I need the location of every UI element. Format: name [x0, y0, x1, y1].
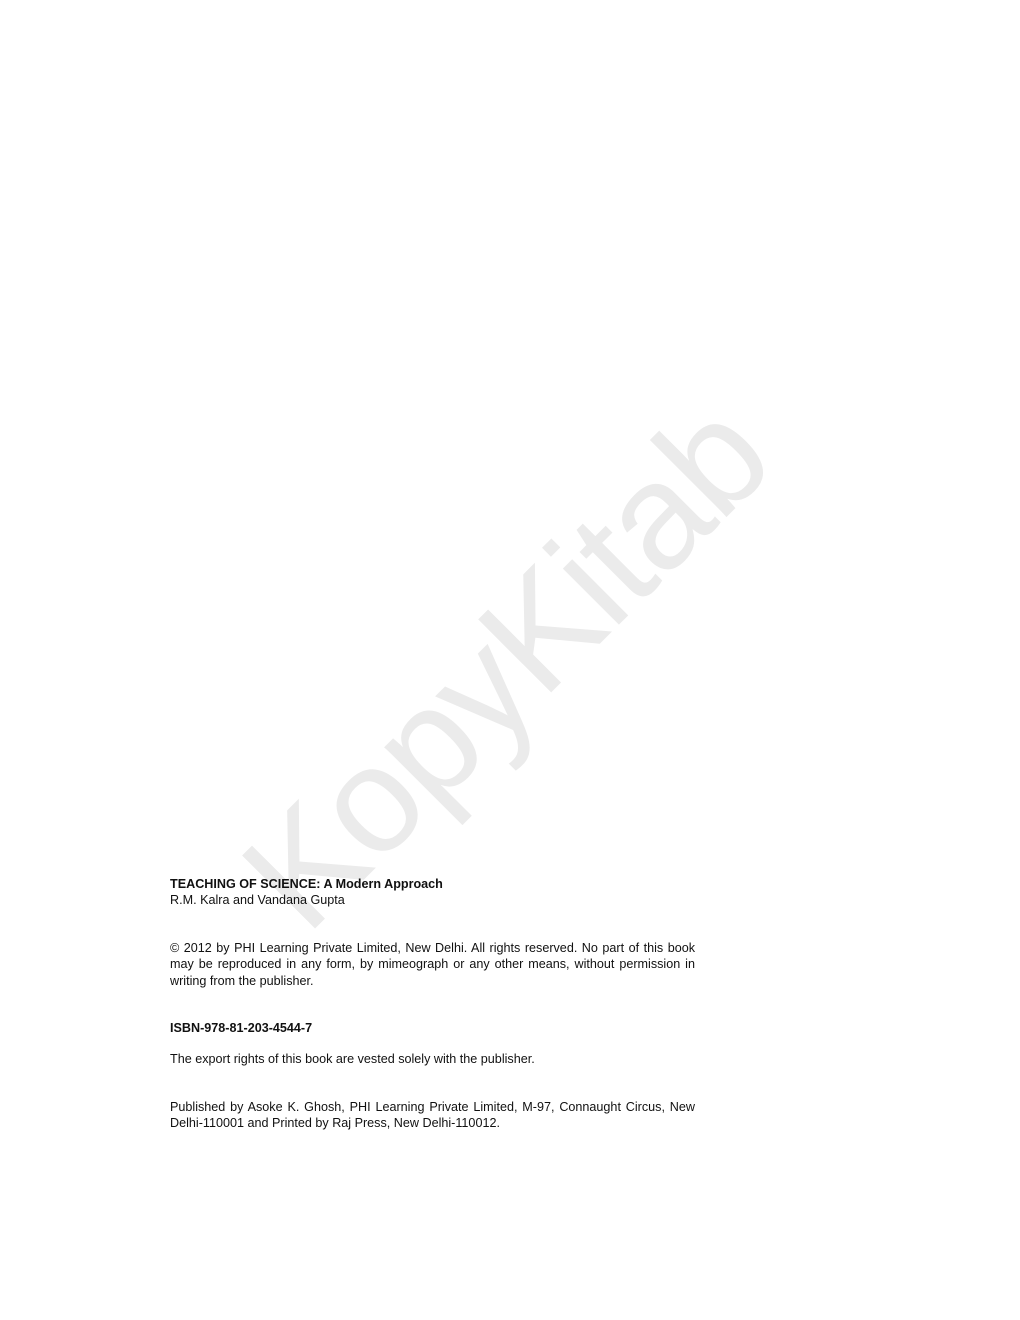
book-authors: R.M. Kalra and Vandana Gupta [170, 892, 695, 908]
copyright-notice: © 2012 by PHI Learning Private Limited, … [170, 940, 695, 989]
book-title: TEACHING OF SCIENCE: A Modern Approach [170, 876, 695, 892]
publication-info: Published by Asoke K. Ghosh, PHI Learnin… [170, 1099, 695, 1132]
isbn: ISBN-978-81-203-4544-7 [170, 1020, 695, 1036]
export-rights: The export rights of this book are veste… [170, 1051, 695, 1067]
imprint-page: TEACHING OF SCIENCE: A Modern Approach R… [170, 876, 695, 1132]
watermark: KopyKitab [217, 377, 794, 954]
